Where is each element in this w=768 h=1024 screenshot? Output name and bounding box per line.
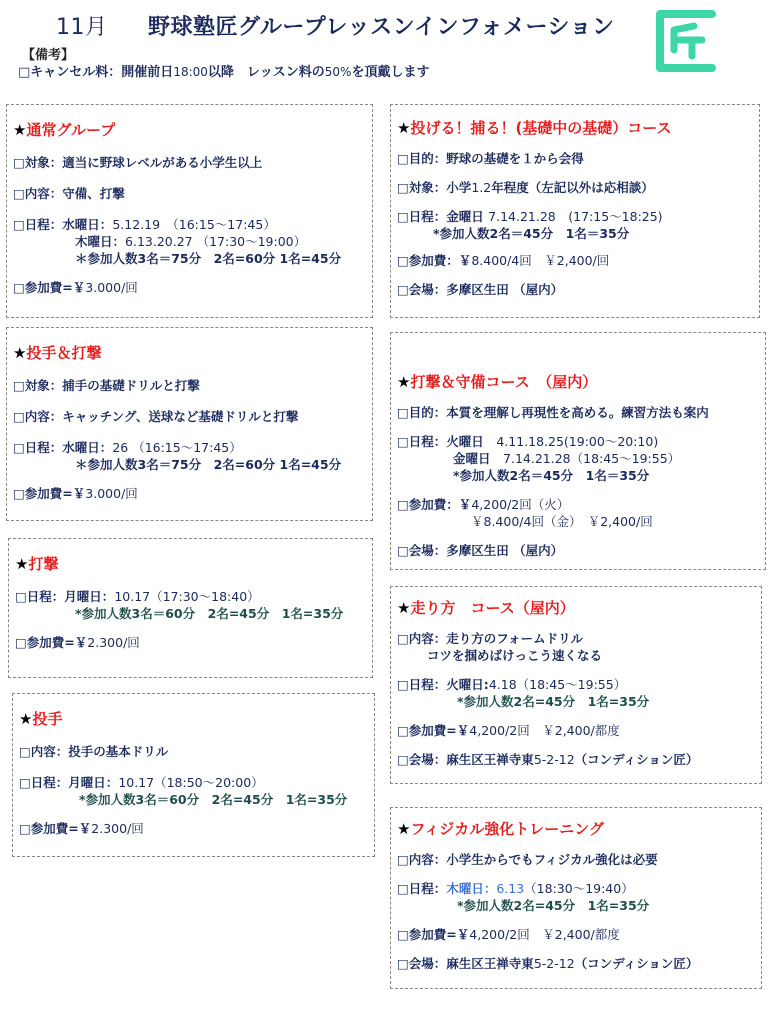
schedule-row: □日程：月曜日：10.17（18:50〜20:00） *参加人数3名＝60分 2…: [19, 774, 368, 808]
participants: *参加人数2名＝45分 1名＝35分: [397, 467, 759, 484]
course-box-running: ★走り方 コース（屋内） □内容：走り方のフォームドリル コツを掴めばけっこう速…: [390, 586, 762, 784]
star-icon: ★: [13, 121, 26, 139]
purpose-row: □目的：本質を理解し再現性を高める。練習方法も案内: [397, 404, 759, 421]
content-row: □内容：小学生からでもフィジカル強化は必要: [397, 851, 755, 868]
schedule-row: □日程：金曜日 7.14.21.28 (17:15〜18:25) *参加人数2名…: [397, 208, 753, 242]
star-icon: ★: [397, 373, 410, 391]
course-title: ★打撃＆守備コース （屋内）: [397, 371, 759, 392]
title-text: 野球塾匠グループレッスンインフォメーション: [148, 15, 615, 40]
schedule-row: □日程：火曜日:4.18（18:45〜19:55） *参加人数2名=45分 1名…: [397, 676, 755, 710]
participants: *参加人数2名＝45分 1名＝35分: [397, 225, 753, 242]
fee-row: □参加費=￥3.000/回: [13, 279, 366, 296]
content-row: □内容：キャッチング、送球など基礎ドリルと打撃: [13, 408, 366, 425]
fee-row: □参加費=￥3.000/回: [13, 485, 366, 502]
schedule-row: □日程：水曜日：5.12.19 （16:15〜17:45） 木曜日：6.13.2…: [13, 216, 366, 267]
fee-row: □参加費=￥4,200/2回 ￥2,400/都度: [397, 926, 755, 943]
page-title: 11月野球塾匠グループレッスンインフォメーション: [56, 10, 615, 41]
venue-row: □会場：多摩区生田 （屋内）: [397, 281, 753, 298]
target-row: □対象：捕手の基礎ドリルと打撃: [13, 377, 366, 394]
schedule-row: □日程：月曜日：10.17（17:30〜18:40） *参加人数3名＝60分 2…: [15, 588, 366, 622]
course-box-physical: ★フィジカル強化トレーニング □内容：小学生からでもフィジカル強化は必要 □日程…: [390, 807, 762, 989]
star-icon: ★: [397, 820, 410, 838]
participants: ＊参加人数3名＝75分 2名=60分 1名=45分: [13, 456, 366, 473]
course-title: ★走り方 コース（屋内）: [397, 597, 755, 618]
star-icon: ★: [19, 710, 32, 728]
purpose-row: □目的：野球の基礎を１から会得: [397, 150, 753, 167]
venue-row: □会場：多摩区生田 （屋内）: [397, 542, 759, 559]
course-title: ★フィジカル強化トレーニング: [397, 818, 755, 839]
course-title: ★通常グループ: [13, 119, 366, 140]
cancellation-policy: □キャンセル料：開催前日18:00以降 レッスン料の50%を頂戴します: [18, 61, 429, 80]
target-row: □対象：小学1.2年程度（左記以外は応相談）: [397, 179, 753, 196]
content-row: □内容：走り方のフォームドリル コツを掴めばけっこう速くなる: [397, 630, 755, 664]
fee-row: □参加費=￥4,200/2回 ￥2,400/都度: [397, 722, 755, 739]
venue-row: □会場：麻生区王禅寺東5-2-12（コンディション匠）: [397, 955, 755, 972]
course-title: ★投手＆打撃: [13, 342, 366, 363]
participants: ＊参加人数3名＝75分 2名=60分 1名=45分: [13, 250, 366, 267]
course-box-basics: ★投げる！捕る！(基礎中の基礎）コース □目的：野球の基礎を１から会得 □対象：…: [390, 104, 760, 318]
star-icon: ★: [13, 344, 26, 362]
course-box-bat-field: ★打撃＆守備コース （屋内） □目的：本質を理解し再現性を高める。練習方法も案内…: [390, 332, 766, 570]
course-title: ★打撃: [15, 553, 366, 574]
fee-row: □参加費=￥2.300/回: [19, 820, 368, 837]
course-title: ★投げる！捕る！(基礎中の基礎）コース: [397, 117, 753, 138]
fee-row: □参加費=￥2.300/回: [15, 634, 366, 651]
participants: *参加人数2名=45分 1名=35分: [397, 897, 755, 914]
month-label: 11月: [56, 10, 148, 41]
fee-row: □参加費：￥4,200/2回（火） ￥8.400/4回（金） ￥2,400/回: [397, 496, 759, 530]
schedule-row: □日程：火曜日 4.11.18.25(19:00〜20:10) 金曜日 7.14…: [397, 433, 759, 484]
participants: *参加人数2名=45分 1名=35分: [397, 693, 755, 710]
content-row: □内容：投手の基本ドリル: [19, 743, 368, 760]
participants: *参加人数3名＝60分 2名=45分 1名=35分: [15, 605, 366, 622]
schedule-row: □日程：木曜日：6.13（18:30〜19:40） *参加人数2名=45分 1名…: [397, 880, 755, 914]
venue-row: □会場：麻生区王禅寺東5-2-12（コンディション匠）: [397, 751, 755, 768]
schedule-row: □日程：水曜日：26 （16:15〜17:45） ＊参加人数3名＝75分 2名=…: [13, 439, 366, 473]
star-icon: ★: [15, 555, 28, 573]
star-icon: ★: [397, 119, 410, 137]
course-box-batting: ★打撃 □日程：月曜日：10.17（17:30〜18:40） *参加人数3名＝6…: [8, 538, 373, 678]
course-title: ★投手: [19, 708, 368, 729]
fee-row: □参加費：￥8.400/4回 ￥2,400/回: [397, 252, 753, 269]
course-box-regular: ★通常グループ □対象：適当に野球レベルがある小学生以上 □内容：守備、打撃 □…: [6, 104, 373, 318]
course-box-pitch-bat: ★投手＆打撃 □対象：捕手の基礎ドリルと打撃 □内容：キャッチング、送球など基礎…: [6, 327, 373, 521]
participants: *参加人数3名＝60分 2名=45分 1名=35分: [19, 791, 368, 808]
course-box-pitcher: ★投手 □内容：投手の基本ドリル □日程：月曜日：10.17（18:50〜20:…: [12, 693, 375, 857]
takumi-logo-icon: [650, 6, 720, 76]
target-row: □対象：適当に野球レベルがある小学生以上: [13, 154, 366, 171]
star-icon: ★: [397, 599, 410, 617]
content-row: □内容：守備、打撃: [13, 185, 366, 202]
